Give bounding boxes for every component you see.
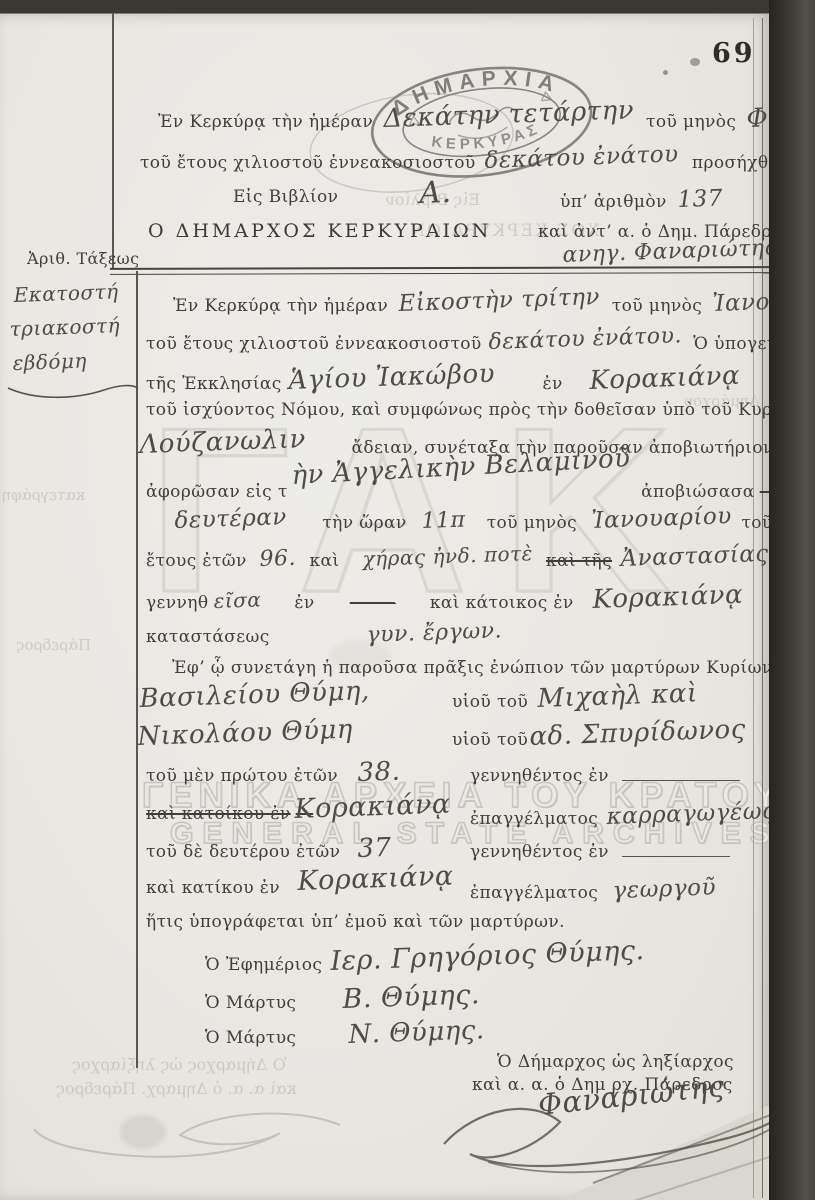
act-andthe-label: καὶ τῆς xyxy=(546,551,612,571)
book-value-handwriting: Α. xyxy=(419,175,452,211)
first-born-blank xyxy=(622,778,740,781)
header-year-handwriting: δεκάτου ἐνάτου xyxy=(484,141,679,174)
act-day-handwriting: Εἰκοστὴν τρίτην xyxy=(398,284,600,317)
witness2-signature-row: Ὁ Μάρτυς Ν. Θύμης. xyxy=(205,1020,486,1050)
bleed-text: κατεγράφη xyxy=(2,486,85,504)
act-place-label: Ἐν Κερκύρᾳ τὴν ἡμέραν xyxy=(173,296,388,316)
bleed-signature-flourish xyxy=(30,1095,360,1170)
second-age: 37 xyxy=(358,834,392,864)
mayor-signature: Φαναριώτης xyxy=(540,1088,727,1122)
mayor-closing-line-1-text: Ὁ Δήμαρχος ὡς ληξίαρχος xyxy=(497,1052,734,1072)
witness1-father: Μιχαὴλ καὶ xyxy=(538,684,698,714)
first-age-handwriting: 38. xyxy=(357,757,401,788)
margin-order-3: εβδόμη xyxy=(13,351,87,375)
first-born-label-text: γεννηθέντος ἐν xyxy=(470,766,609,786)
act-resident-label: καὶ κάτοικος ἐν xyxy=(430,593,574,613)
witness2-signature-handwriting: Ν. Θύμης. xyxy=(348,1015,485,1050)
margin-order-2: τριακοστή xyxy=(10,317,121,341)
act-hour-handwriting: 11π xyxy=(421,507,466,534)
witness1-father-handwriting: Μιχαὴλ καὶ xyxy=(537,678,698,714)
act-village-handwriting: Κορακιάνᾳ xyxy=(589,361,741,396)
act-death-day2-handwriting: δευτέραν xyxy=(174,504,287,534)
act-line-7: δευτέραν τὴν ὥραν 11π τοῦ μηνὸς Ἰανουαρί… xyxy=(175,508,815,534)
act-death-month-handwriting: Ἰανουαρίου xyxy=(591,503,732,534)
second-age-handwriting: 37 xyxy=(357,833,392,864)
header-year-label: τοῦ ἔτους χιλιοστοῦ ἐννεακοσιοστοῦ xyxy=(140,153,476,173)
witness2-name-handwriting: Νικολάου Θύμη xyxy=(137,714,353,752)
act-line-9: γεννηθ εῖσα ἐν ——— καὶ κάτοικος ἐν Κορακ… xyxy=(146,585,743,615)
header-place-label: Ἐν Κερκύρᾳ τὴν ἡμέραν xyxy=(158,112,373,132)
scan-dark-edge xyxy=(769,0,815,1200)
first-village-handwriting: Κορακιάνᾳ xyxy=(294,789,451,825)
second-born-blank xyxy=(622,854,730,857)
witness1-label-text: Ὁ Μάρτυς xyxy=(205,993,296,1013)
deputy-signature: ανηγ. Φαναριώτης xyxy=(563,243,778,268)
act-church-handwriting: Ἁγίου Ἰακώβου xyxy=(288,359,495,396)
witness1-son-label-text: υἱοῦ τοῦ xyxy=(452,692,528,712)
act-hour-label: τὴν ὥραν xyxy=(322,513,406,533)
act-year-handwriting: δεκάτου ἐνάτου. xyxy=(488,323,682,355)
number-label-text: ὑπ’ ἀριθμὸν xyxy=(560,192,667,212)
second-age-label: τοῦ δὲ δευτέρου ἐτῶν xyxy=(146,842,340,862)
first-occupation-label-text: ἐπαγγέλματος xyxy=(470,809,598,829)
act-church-label: τῆς Ἐκκλησίας xyxy=(146,374,282,394)
witness2-son-label-text: υἱοῦ τοῦ xyxy=(452,730,528,750)
act-widow-handwriting: χήρας ἠνδ. ποτὲ xyxy=(362,541,533,571)
signed-clause: ἥτις ὑπογράφεται ὑπ’ ἐμοῦ καὶ τῶν μαρτύρ… xyxy=(146,912,565,932)
second-age-label-text: τοῦ δὲ δευτέρου ἐτῶν xyxy=(146,842,340,862)
act-concerning-label: ἀφορῶσαν εἰς τ xyxy=(146,482,288,502)
second-village: Κορακιάνᾳ xyxy=(298,866,454,897)
second-born-label: γεννηθέντος ἐν xyxy=(470,842,730,862)
first-occupation-handwriting: καρραγωγέως xyxy=(606,798,776,830)
act-status-handwriting: γυν. ἔργων. xyxy=(366,618,502,648)
margin-order-1-handwriting: Εκατοστή xyxy=(13,279,119,307)
margin-flourish xyxy=(4,380,142,402)
foxing-spot xyxy=(690,58,700,66)
act-month-label: τοῦ μηνὸς xyxy=(612,296,702,316)
signed-clause-text: ἥτις ὑπογράφεται ὑπ’ ἐμοῦ καὶ τῶν μαρτύρ… xyxy=(146,912,565,932)
mayor-heading-text: Ο ΔΗΜΑΡΧΟΣ ΚΕΡΚΥΡΑΙΩΝ xyxy=(148,220,491,242)
witness2-father-handwriting: αδ. Σπυρίδωνος xyxy=(529,714,746,752)
page-edge-lines xyxy=(753,18,763,1198)
witness1-signature-handwriting: Β. Θύμης. xyxy=(342,979,480,1015)
act-age-label: ἔτους ἐτῶν xyxy=(146,551,247,571)
header-line-1: Ἐν Κερκύρᾳ τὴν ἡμέραν Δεκάτην τετάρτην τ… xyxy=(158,104,815,134)
first-age: 38. xyxy=(358,758,401,788)
witness1-son-label: υἱοῦ τοῦ xyxy=(452,692,528,712)
mayor-closing-line-1: Ὁ Δήμαρχος ὡς ληξίαρχος xyxy=(497,1052,734,1072)
act-mayor-name-handwriting: Λούζανωλιν xyxy=(139,424,306,460)
mayor-heading: Ο ΔΗΜΑΡΧΟΣ ΚΕΡΚΥΡΑΙΩΝ xyxy=(148,220,491,242)
foxing-spot xyxy=(663,70,668,75)
act-line-6: ἀφορῶσαν εἰς τ ὴν Ἀγγελικὴν Βελαμινοῦ ἀπ… xyxy=(146,474,815,504)
second-resident-label-text: καὶ κατίκου ἐν xyxy=(146,878,280,898)
margin-rule-upper xyxy=(112,13,114,268)
number-label: ὑπ’ ἀριθμὸν 137 xyxy=(560,187,723,213)
second-resident-label: καὶ κατίκου ἐν xyxy=(146,878,280,898)
margin-order-2-handwriting: τριακοστή xyxy=(9,313,120,341)
second-born-label-text: γεννηθέντος ἐν xyxy=(470,842,609,862)
act-line-10: καταστάσεως γυν. ἔργων. xyxy=(146,623,502,648)
officiant-signature-row: Ὁ Ἐφημέριος Ιερ. Γρηγόριος Θύμης. xyxy=(205,946,646,977)
bleed-text: Πάρεδρος xyxy=(16,636,91,654)
first-resident-label: καὶ κατοίκου ἐν — xyxy=(146,804,313,824)
act-born-label: γεννηθ xyxy=(146,593,208,613)
margin-label: Ἀριθ. Τάξεως xyxy=(27,249,139,268)
book-value: Α. xyxy=(420,176,452,211)
scanned-document: ΓΑΚ ΓΕΝΙΚΑ ΑΡΧΕΙΑ ΤΟΥ ΚΡΑΤΟΥΣ GENERAL ST… xyxy=(0,0,815,1200)
witness2-label-text: Ὁ Μάρτυς xyxy=(205,1028,296,1048)
witness1-signature-row: Ὁ Μάρτυς Β. Θύμης. xyxy=(205,984,481,1015)
act-year-label: τοῦ ἔτους χιλιοστοῦ ἐννεακοσιοστοῦ xyxy=(146,334,482,354)
foxing-spot xyxy=(120,1115,166,1149)
margin-label-text: Ἀριθ. Τάξεως xyxy=(27,249,139,268)
act-law-text: τοῦ ἰσχύοντος Νόμου, καὶ συμφώνως πρὸς τ… xyxy=(146,400,815,420)
witness2-father: αδ. Σπυρίδωνος xyxy=(530,722,746,752)
first-resident-label-text: καὶ κατοίκου ἐν xyxy=(146,804,291,824)
second-occupation-label-text: ἐπαγγέλματος xyxy=(470,883,598,903)
act-and-label: καὶ xyxy=(309,551,339,571)
book-label-text: Εἰς Βιβλίον xyxy=(233,187,338,207)
act-died-label: ἀποβιώσασα xyxy=(641,482,754,502)
second-occupation-label: ἐπαγγέλματος γεωργοῦ xyxy=(470,878,717,904)
act-line-3: τῆς Ἐκκλησίας Ἁγίου Ἰακώβου ἐν Κορακιάνᾳ… xyxy=(146,366,815,396)
witness2-name: Νικολάου Θύμη xyxy=(138,722,354,752)
book-label: Εἰς Βιβλίον xyxy=(233,187,338,207)
act-month-label-2: τοῦ μηνὸς xyxy=(487,513,577,533)
witness2-son-label: υἱοῦ τοῦ xyxy=(452,730,528,750)
act-witness-intro: Ἐφ’ ᾧ συνετάγη ἡ παροῦσα πρᾶξις ἐνώπιον … xyxy=(172,658,773,678)
act-line-8: ἔτους ἐτῶν 96. καὶ χήρας ἠνδ. ποτὲ καὶ τ… xyxy=(146,546,815,572)
act-line-4: τοῦ ἰσχύοντος Νόμου, καὶ συμφώνως πρὸς τ… xyxy=(146,400,815,420)
first-age-label-text: τοῦ μὲν πρώτου ἐτῶν xyxy=(146,766,338,786)
first-age-label: τοῦ μὲν πρώτου ἐτῶν xyxy=(146,766,338,786)
first-village: Κορακιάνᾳ xyxy=(295,794,451,825)
act-resident-village-handwriting: Κορακιάνᾳ xyxy=(592,580,744,615)
act-status-label: καταστάσεως xyxy=(146,627,270,647)
bleed-text: Ὁ Δήμαρχος ὡς ληξίαρχος xyxy=(72,1055,286,1074)
act-witness-intro-text: Ἐφ’ ᾧ συνετάγη ἡ παροῦσα πρᾶξις ἐνώπιον … xyxy=(172,658,773,678)
second-village-handwriting: Κορακιάνᾳ xyxy=(297,861,454,897)
act-in-label: ἐν xyxy=(542,374,562,394)
header-line-2: τοῦ ἔτους χιλιοστοῦ ἐννεακοσιοστοῦ δεκάτ… xyxy=(140,148,815,174)
officiant-label-text: Ὁ Ἐφημέριος xyxy=(205,955,322,975)
act-age-handwriting: 96. xyxy=(259,546,296,572)
number-value-handwriting: 137 xyxy=(677,185,723,213)
act-born-in-label: ἐν xyxy=(294,593,314,613)
margin-order-1: Εκατοστή xyxy=(14,283,119,307)
margin-order-3-handwriting: εβδόμη xyxy=(12,348,87,375)
second-occupation-handwriting: γεωργοῦ xyxy=(612,874,716,904)
first-occupation-label: ἐπαγγέλματος καρραγωγέως xyxy=(470,804,776,830)
witness1-name: Βασιλείου Θύμη, xyxy=(140,684,370,714)
act-born-blank-dash: ——— xyxy=(350,593,395,613)
act-line-1: Ἐν Κερκύρᾳ τὴν ἡμέραν Εἰκοστὴν τρίτην το… xyxy=(173,291,815,317)
act-line-2: τοῦ ἔτους χιλιοστοῦ ἐννεακοσιοστοῦ δεκάτ… xyxy=(146,330,815,355)
page-number: 69 xyxy=(712,38,756,69)
header-month-label: τοῦ μηνὸς xyxy=(646,112,736,132)
act-born-suffix-handwriting: εῖσα xyxy=(213,587,262,613)
first-born-label: γεννηθέντος ἐν xyxy=(470,766,740,786)
